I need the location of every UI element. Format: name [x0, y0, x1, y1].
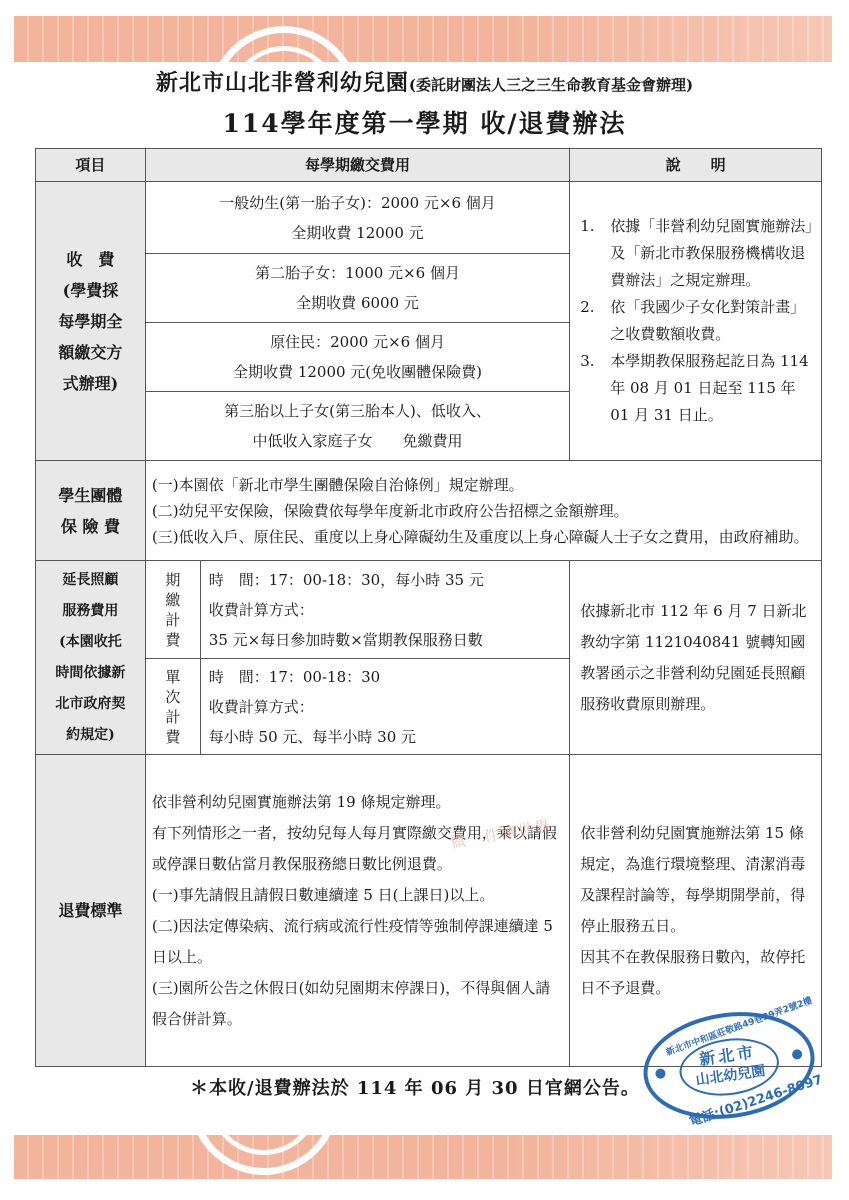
insurance-content: (一)本園依「新北市學生團體保險自治條例」規定辦理。 (二)幼兒平安保險，保險費… — [145, 461, 821, 561]
extended-care-note: 依據新北市 112 年 6 月 7 日新北教幼字第 1121040841 號轉知… — [570, 561, 822, 755]
table-header-row: 項目 每學期繳交費用 說 明 — [36, 149, 822, 182]
note-item: 3.本學期教保服務起訖日為 114 年 08 月 01 日起至 115 年 01… — [580, 348, 813, 429]
col-header-notes: 說 明 — [570, 149, 822, 182]
single-billing-content: 時 間：17：00-18：30 收費計算方式： 每小時 50 元、每半小時 30… — [200, 659, 569, 755]
announcement-note: ＊本收/退費辦法於 114 年 06 月 30 日官網公告。 — [190, 1074, 640, 1100]
note-item: 2.依「我國少子女化對策計畫」之收費數額收費。 — [580, 294, 813, 348]
org-title: 新北市山北非營利幼兒園(委託財團法人三之三生命教育基金會辦理) — [0, 66, 849, 97]
note-item: 1.依據「非營利幼兒園實施辦法」及「新北市教保服務機構收退費辦法」之規定辦理。 — [580, 213, 813, 294]
refund-content: 依非營利幼兒園實施辦法第 19 條規定辦理。 有下列情形之一者，按幼兒每人每月實… — [145, 755, 569, 1067]
fee-policy-table: 項目 每學期繳交費用 說 明 收 費 (學費採 每學期全 額繳交方 式辦理) 一… — [35, 148, 822, 1067]
fee-second-child: 第二胎子女：1000 元×6 個月 全期收費 6000 元 — [145, 254, 569, 323]
fee-indigenous: 原住民：2000 元×6 個月 全期收費 12000 元(免收團體保險費) — [145, 323, 569, 392]
fee-general: 一般幼生(第一胎子女)：2000 元×6 個月 全期收費 12000 元 — [145, 182, 569, 254]
org-name: 新北市山北非營利幼兒園 — [156, 70, 409, 96]
refund-label: 退費標準 — [36, 755, 146, 1067]
tuition-label: 收 費 (學費採 每學期全 額繳交方 式辦理) — [36, 182, 146, 461]
flower-icon — [791, 1049, 802, 1060]
table-row-extended-care: 延長照顧 服務費用 (本園收托 時間依據新 北市政府契 約規定) 期 繳 計 費… — [36, 561, 822, 659]
top-decorative-band — [14, 16, 832, 62]
flower-icon — [655, 1068, 666, 1079]
col-header-item: 項目 — [36, 149, 146, 182]
periodic-billing-label: 期 繳 計 費 — [145, 561, 200, 659]
table-row-insurance: 學生團體 保 險 費 (一)本園依「新北市學生團體保險自治條例」規定辦理。 (二… — [36, 461, 822, 561]
extended-care-label: 延長照顧 服務費用 (本園收托 時間依據新 北市政府契 約規定) — [36, 561, 146, 755]
bottom-decorative-band — [14, 1135, 832, 1179]
table-row-tuition: 收 費 (學費採 每學期全 額繳交方 式辦理) 一般幼生(第一胎子女)：2000… — [36, 182, 822, 254]
tuition-notes: 1.依據「非營利幼兒園實施辦法」及「新北市教保服務機構收退費辦法」之規定辦理。 … — [570, 182, 822, 461]
fee-exempt: 第三胎以上子女(第三胎本人)、低收入、 中低收入家庭子女 免繳費用 — [145, 392, 569, 461]
single-billing-label: 單 次 計 費 — [145, 659, 200, 755]
periodic-billing-content: 時 間：17：00-18：30，每小時 35 元 收費計算方式： 35 元×每日… — [200, 561, 569, 659]
org-subtitle: (委託財團法人三之三生命教育基金會辦理) — [409, 76, 693, 94]
col-header-fee: 每學期繳交費用 — [145, 149, 569, 182]
insurance-label: 學生團體 保 險 費 — [36, 461, 146, 561]
doc-title: 114學年度第一學期 收/退費辦法 — [0, 104, 849, 140]
